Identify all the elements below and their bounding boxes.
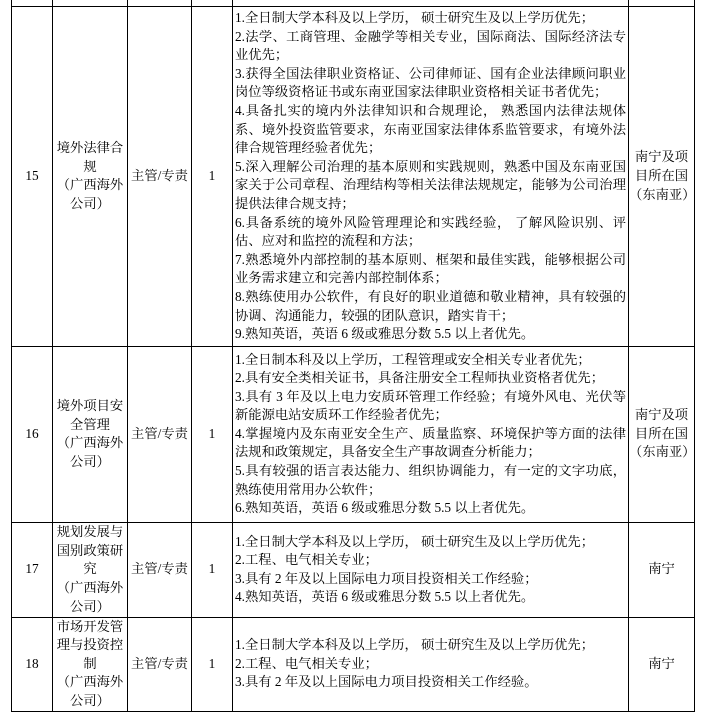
position-cell: 境外项目安全管理 （广西海外公司） bbox=[53, 346, 128, 522]
requirement-item: 3.获得全国法律职业资格证、公司律师证、国有企业法律顾问职业岗位等级资格证书或东… bbox=[235, 65, 626, 102]
level-cell: 主管/专责 bbox=[128, 7, 192, 347]
requirement-item: 3.具有 2 年及以上国际电力项目投资相关工作经验。 bbox=[235, 673, 626, 692]
requirements-cell: 1.全日制大学本科及以上学历， 硕士研究生及以上学历优先；2.法学、工商管理、金… bbox=[233, 7, 629, 347]
table-row-17: 17 规划发展与国别政策研究 （广西海外公司） 主管/专责 1 1.全日制大学本… bbox=[12, 522, 695, 617]
position-org: （广西海外公司） bbox=[53, 434, 127, 471]
row-number-cell: 17 bbox=[12, 522, 53, 617]
location-cell: 南宁及项目所在国（东南亚） bbox=[629, 346, 695, 522]
table-row-16: 16 境外项目安全管理 （广西海外公司） 主管/专责 1 1.全日制本科及以上学… bbox=[12, 346, 695, 522]
location-cell: 南宁 bbox=[629, 617, 695, 711]
requirement-item: 5.深入理解公司治理的基本原则和实践规则，熟悉中国及东南亚国家关于公司章程、治理… bbox=[235, 158, 626, 214]
requirement-item: 2.工程、电气相关专业； bbox=[235, 551, 626, 570]
requirement-item: 5.具有较强的语言表达能力、组织协调能力，有一定的文字功底，熟练使用常用办公软件… bbox=[235, 462, 626, 499]
position-org: （广西海外公司） bbox=[53, 176, 127, 213]
position-cell: 规划发展与国别政策研究 （广西海外公司） bbox=[53, 522, 128, 617]
position-name: 市场开发管理与投资控制 bbox=[53, 618, 127, 674]
requirement-item: 1.全日制大学本科及以上学历， 硕士研究生及以上学历优先； bbox=[235, 533, 626, 552]
requirement-item: 9.熟知英语，英语 6 级或雅思分数 5.5 以上者优先。 bbox=[235, 325, 626, 344]
requirement-item: 1.全日制大学本科及以上学历， 硕士研究生及以上学历优先； bbox=[235, 636, 626, 655]
headcount-cell: 1 bbox=[192, 346, 233, 522]
row-number-cell: 15 bbox=[12, 7, 53, 347]
level-cell: 主管/专责 bbox=[128, 522, 192, 617]
table-row-18: 18 市场开发管理与投资控制 （广西海外公司） 主管/专责 1 1.全日制大学本… bbox=[12, 617, 695, 711]
requirements-cell: 1.全日制大学本科及以上学历， 硕士研究生及以上学历优先；2.工程、电气相关专业… bbox=[233, 617, 629, 711]
headcount-cell: 1 bbox=[192, 617, 233, 711]
page: 15 境外法律合规 （广西海外公司） 主管/专责 1 1.全日制大学本科及以上学… bbox=[0, 0, 702, 718]
position-cell: 市场开发管理与投资控制 （广西海外公司） bbox=[53, 617, 128, 711]
table-row-15: 15 境外法律合规 （广西海外公司） 主管/专责 1 1.全日制大学本科及以上学… bbox=[12, 7, 695, 347]
row-number-cell: 18 bbox=[12, 617, 53, 711]
requirement-item: 4.具备扎实的境内外法律知识和合规理论， 熟悉国内法律法规体系、境外投资监管要求… bbox=[235, 102, 626, 158]
position-org: （广西海外公司） bbox=[53, 579, 127, 616]
requirement-item: 2.具有安全类相关证书，具备注册安全工程师执业资格者优先； bbox=[235, 369, 626, 388]
location-cell: 南宁及项目所在国（东南亚） bbox=[629, 7, 695, 347]
requirement-item: 3.具有 2 年及以上国际电力项目投资相关工作经验； bbox=[235, 570, 626, 589]
headcount-cell: 1 bbox=[192, 522, 233, 617]
level-cell: 主管/专责 bbox=[128, 617, 192, 711]
position-name: 规划发展与国别政策研究 bbox=[53, 523, 127, 579]
position-cell: 境外法律合规 （广西海外公司） bbox=[53, 7, 128, 347]
headcount-cell: 1 bbox=[192, 7, 233, 347]
requirement-item: 4.掌握境内及东南亚安全生产、质量监察、环境保护等方面的法律法规和政策规定，具备… bbox=[235, 425, 626, 462]
requirement-item: 2.法学、工商管理、金融学等相关专业，国际商法、国际经济法专业优先； bbox=[235, 28, 626, 65]
requirement-item: 3.具有 3 年及以上电力安质环管理工作经验；有境外风电、光伏等新能源电站安质环… bbox=[235, 388, 626, 425]
requirement-item: 8.熟练使用办公软件，有良好的职业道德和敬业精神，具有较强的协调、沟通能力，较强… bbox=[235, 288, 626, 325]
requirements-cell: 1.全日制大学本科及以上学历， 硕士研究生及以上学历优先；2.工程、电气相关专业… bbox=[233, 522, 629, 617]
requirement-item: 6.熟知英语，英语 6 级或雅思分数 5.5 以上者优先。 bbox=[235, 499, 626, 518]
recruitment-table: 15 境外法律合规 （广西海外公司） 主管/专责 1 1.全日制大学本科及以上学… bbox=[11, 0, 695, 712]
location-cell: 南宁 bbox=[629, 522, 695, 617]
position-org: （广西海外公司） bbox=[53, 673, 127, 710]
requirements-cell: 1.全日制本科及以上学历，工程管理或安全相关专业者优先；2.具有安全类相关证书，… bbox=[233, 346, 629, 522]
level-cell: 主管/专责 bbox=[128, 346, 192, 522]
requirement-item: 1.全日制大学本科及以上学历， 硕士研究生及以上学历优先； bbox=[235, 9, 626, 28]
row-number-cell: 16 bbox=[12, 346, 53, 522]
position-name: 境外项目安全管理 bbox=[53, 397, 127, 434]
position-name: 境外法律合规 bbox=[53, 139, 127, 176]
requirement-item: 4.熟知英语，英语 6 级或雅思分数 5.5 以上者优先。 bbox=[235, 588, 626, 607]
requirement-item: 1.全日制本科及以上学历，工程管理或安全相关专业者优先； bbox=[235, 351, 626, 370]
requirement-item: 2.工程、电气相关专业； bbox=[235, 655, 626, 674]
requirement-item: 7.熟悉境外内部控制的基本原则、框架和最佳实践，能够根据公司业务需求建立和完善内… bbox=[235, 251, 626, 288]
requirement-item: 6.具备系统的境外风险管理理论和实践经验， 了解风险识别、评估、应对和监控的流程… bbox=[235, 214, 626, 251]
